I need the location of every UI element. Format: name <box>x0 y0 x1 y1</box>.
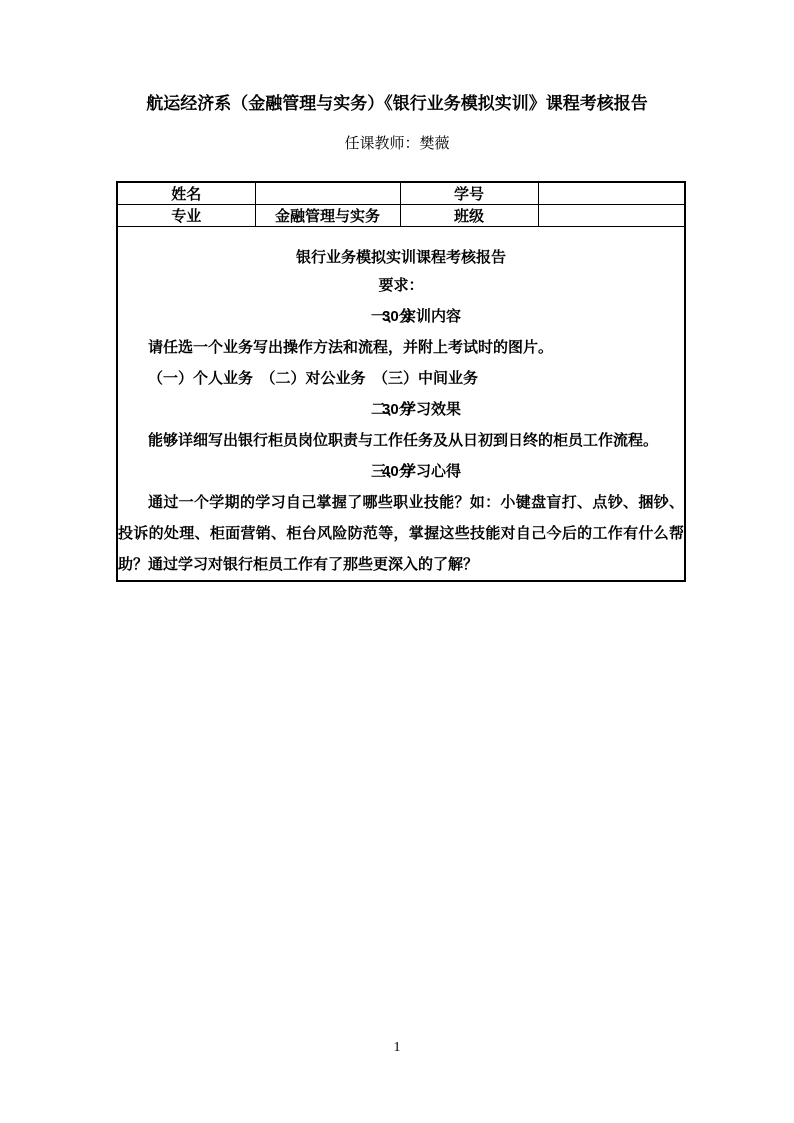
page-number: 1 <box>0 1040 794 1056</box>
name-value-cell <box>255 182 400 205</box>
table-row: 姓名 学号 <box>117 182 685 205</box>
class-label-cell: 班级 <box>400 205 538 227</box>
section-3-paragraph: 通过一个学期的学习自己掌握了哪些职业技能？如：小键盘盲打、点钞、捆钞、投诉的处理… <box>118 487 684 580</box>
section-2-paragraph: 能够详细写出银行柜员岗位职责与工作任务及从日初到日终的柜员工作流程。 <box>118 425 684 456</box>
section-3-title-line: 三、学习心得 40分 <box>118 456 684 487</box>
name-label-cell: 姓名 <box>117 182 255 205</box>
major-value-cell: 金融管理与实务 <box>255 205 400 227</box>
section-1-score: 30分 <box>382 301 414 332</box>
report-heading: 银行业务模拟实训课程考核报告 <box>118 227 684 270</box>
student-info-table: 姓名 学号 专业 金融管理与实务 班级 银行业务模拟实训课程考核报告 要求： 一… <box>116 181 686 582</box>
section-2-score: 30分 <box>382 394 414 425</box>
section-2-title-line: 二、学习效果 30分 <box>118 394 684 425</box>
document-page: 航运经济系（金融管理与实务）《银行业务模拟实训》课程考核报告 任课教师：樊薇 姓… <box>0 0 794 1123</box>
section-1-paragraph: 请任选一个业务写出操作方法和流程，并附上考试时的图片。 <box>118 332 684 363</box>
report-body-cell: 银行业务模拟实训课程考核报告 要求： 一、实训内容 30分 请任选一个业务写出操… <box>117 227 685 582</box>
section-3-score: 40分 <box>382 456 414 487</box>
document-title: 航运经济系（金融管理与实务）《银行业务模拟实训》课程考核报告 <box>0 0 794 114</box>
section-1-title-line: 一、实训内容 30分 <box>118 301 684 332</box>
class-value-cell <box>538 205 685 227</box>
requirements-label: 要求： <box>118 270 684 301</box>
teacher-line: 任课教师：樊薇 <box>0 135 794 153</box>
section-1-paragraph: （一）个人业务 （二）对公业务 （三）中间业务 <box>118 363 684 394</box>
student-id-label-cell: 学号 <box>400 182 538 205</box>
table-row: 银行业务模拟实训课程考核报告 要求： 一、实训内容 30分 请任选一个业务写出操… <box>117 227 685 582</box>
table-row: 专业 金融管理与实务 班级 <box>117 205 685 227</box>
student-id-value-cell <box>538 182 685 205</box>
major-label-cell: 专业 <box>117 205 255 227</box>
